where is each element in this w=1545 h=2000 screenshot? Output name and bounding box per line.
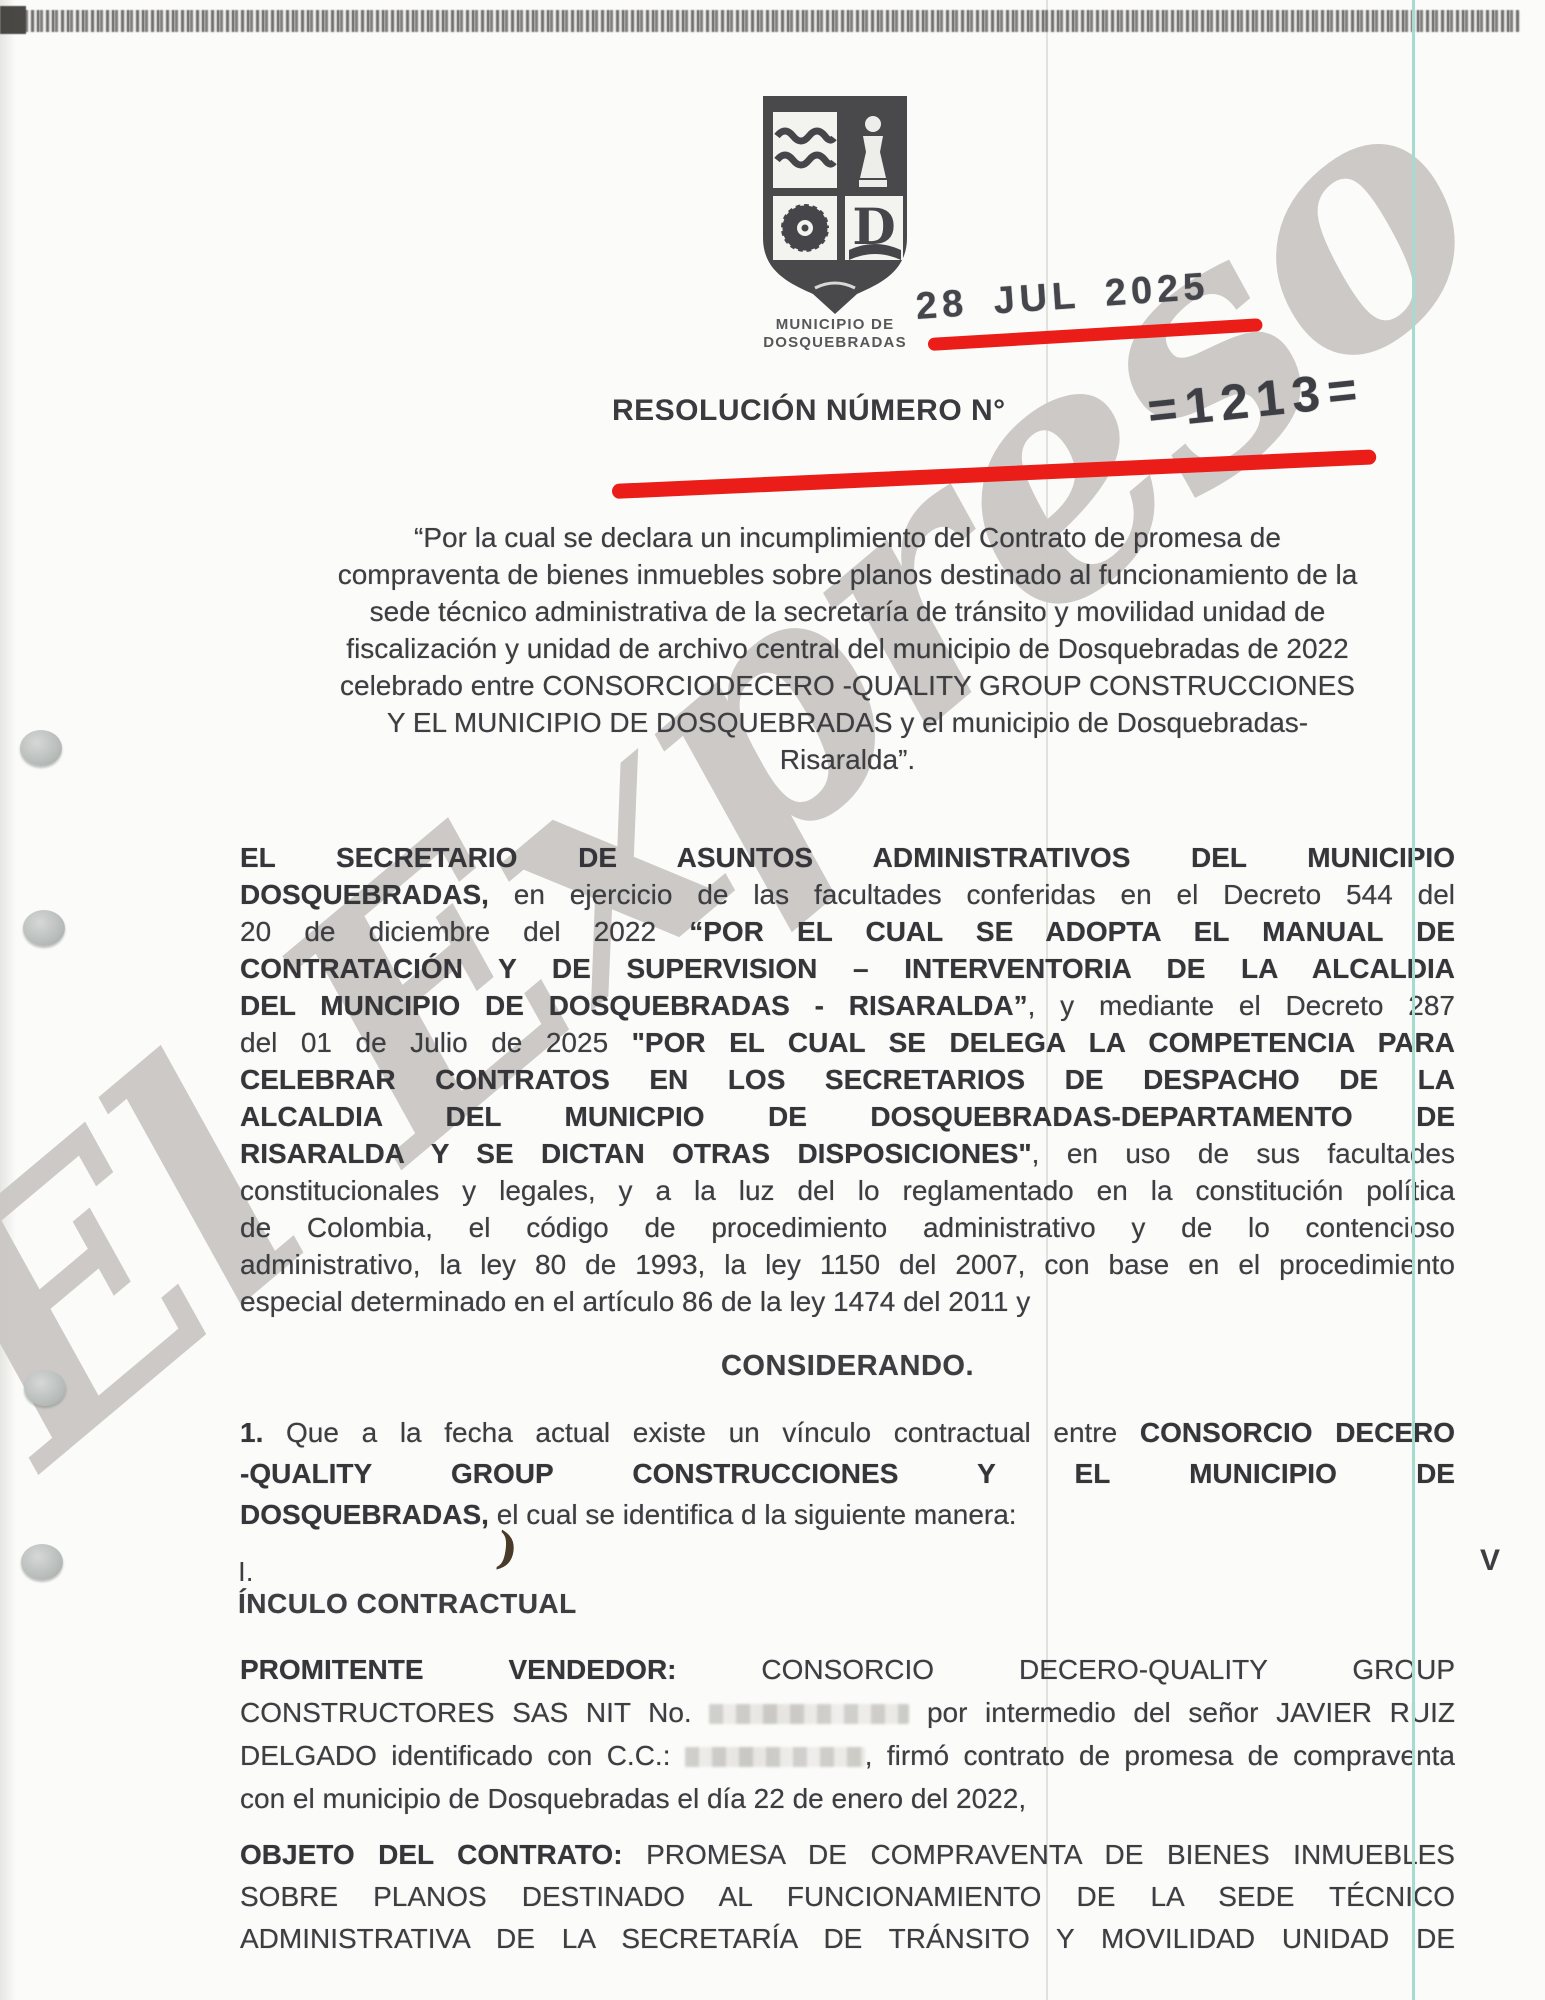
resolution-title: RESOLUCIÓN NÚMERO N° [612,394,1006,428]
municipality-name: MUNICIPIO DE DOSQUEBRADAS [725,316,945,352]
preamble-paragraph: EL SECRETARIO DE ASUNTOS ADMINISTRATIVOS… [240,839,1455,1320]
dosquebradas-coat-of-arms-icon: D [757,92,913,318]
text-line: CONSTRUCTORES SAS NIT No. por intermedio… [240,1691,1455,1734]
text-line: fiscalización y unidad de archivo centra… [240,630,1455,667]
text-line: compraventa de bienes inmuebles sobre pl… [240,556,1455,593]
text-line: “Por la cual se declara un incumplimient… [240,519,1455,556]
scanned-document-page: El Expreso D MUNICIPIO DE DOSQUEBRADAS 2… [0,0,1545,2000]
text-line: constitucionales y legales, y a la luz d… [240,1172,1455,1209]
municipality-name-line2: DOSQUEBRADAS [725,334,945,352]
hole-punch [24,1370,66,1406]
text-line: Risaralda”. [240,741,1455,778]
scan-artifact-teal-line [1412,0,1415,2000]
text-line: DELGADO identificado con C.C.: , firmó c… [240,1734,1455,1777]
text-line: RISARALDA Y SE DICTAN OTRAS DISPOSICIONE… [240,1135,1455,1172]
text-line: celebrado entre CONSORCIODECERO -QUALITY… [240,667,1455,704]
text-line: sede técnico administrativa de la secret… [240,593,1455,630]
text-line: del 01 de Julio de 2025 "POR EL CUAL SE … [240,1024,1455,1061]
text-line: con el municipio de Dosquebradas el día … [240,1777,1455,1820]
hole-punch [23,910,65,946]
text-line: CELEBRAR CONTRATOS EN LOS SECRETARIOS DE… [240,1061,1455,1098]
text-line: PROMITENTE VENDEDOR: CONSORCIO DECERO-QU… [240,1648,1455,1691]
redacted-value [685,1747,865,1767]
hole-punch [21,1544,63,1580]
municipality-name-line1: MUNICIPIO DE [725,316,945,334]
displaced-letter-v: V [1480,1544,1500,1578]
considerando-heading: CONSIDERANDO. [240,1350,1455,1383]
text-line: ADMINISTRATIVA DE LA SECRETARÍA DE TRÁNS… [240,1918,1455,1960]
redacted-value [709,1704,909,1724]
text-line: -QUALITY GROUP CONSTRUCCIONES Y EL MUNIC… [240,1453,1455,1494]
resolution-subject-paragraph: “Por la cual se declara un incumplimient… [240,519,1455,778]
considerando-item-1: 1. Que a la fecha actual existe un víncu… [240,1412,1455,1535]
text-line: DOSQUEBRADAS, en ejercicio de las facult… [240,876,1455,913]
text-line: OBJETO DEL CONTRATO: PROMESA DE COMPRAVE… [240,1834,1455,1876]
text-line: administrativo, la ley 80 de 1993, la le… [240,1246,1455,1283]
objeto-contrato-paragraph: OBJETO DEL CONTRATO: PROMESA DE COMPRAVE… [240,1834,1455,1960]
vinculo-contractual-heading: ÍNCULO CONTRACTUAL [238,1588,577,1620]
text-line: 20 de diciembre del 2022 “POR EL CUAL SE… [240,913,1455,950]
text-line: 1. Que a la fecha actual existe un víncu… [240,1412,1455,1453]
hole-punch [20,730,62,766]
text-line: DEL MUNCIPIO DE DOSQUEBRADAS - RISARALDA… [240,987,1455,1024]
text-line: EL SECRETARIO DE ASUNTOS ADMINISTRATIVOS… [240,839,1455,876]
roman-numeral-i: I. [238,1556,254,1588]
scan-artifact-top-edge [22,10,1520,32]
text-line: DOSQUEBRADAS, el cual se identifica d la… [240,1494,1455,1535]
text-line: ALCALDIA DEL MUNICPIO DE DOSQUEBRADAS-DE… [240,1098,1455,1135]
text-line: CONTRATACIÓN Y DE SUPERVISION – INTERVEN… [240,950,1455,987]
text-line: SOBRE PLANOS DESTINADO AL FUNCIONAMIENTO… [240,1876,1455,1918]
promitente-vendedor-paragraph: PROMITENTE VENDEDOR: CONSORCIO DECERO-QU… [240,1648,1455,1820]
text-line: Y EL MUNICIPIO DE DOSQUEBRADAS y el muni… [240,704,1455,741]
text-line: especial determinado en el artículo 86 d… [240,1283,1455,1320]
text-line: de Colombia, el código de procedimiento … [240,1209,1455,1246]
